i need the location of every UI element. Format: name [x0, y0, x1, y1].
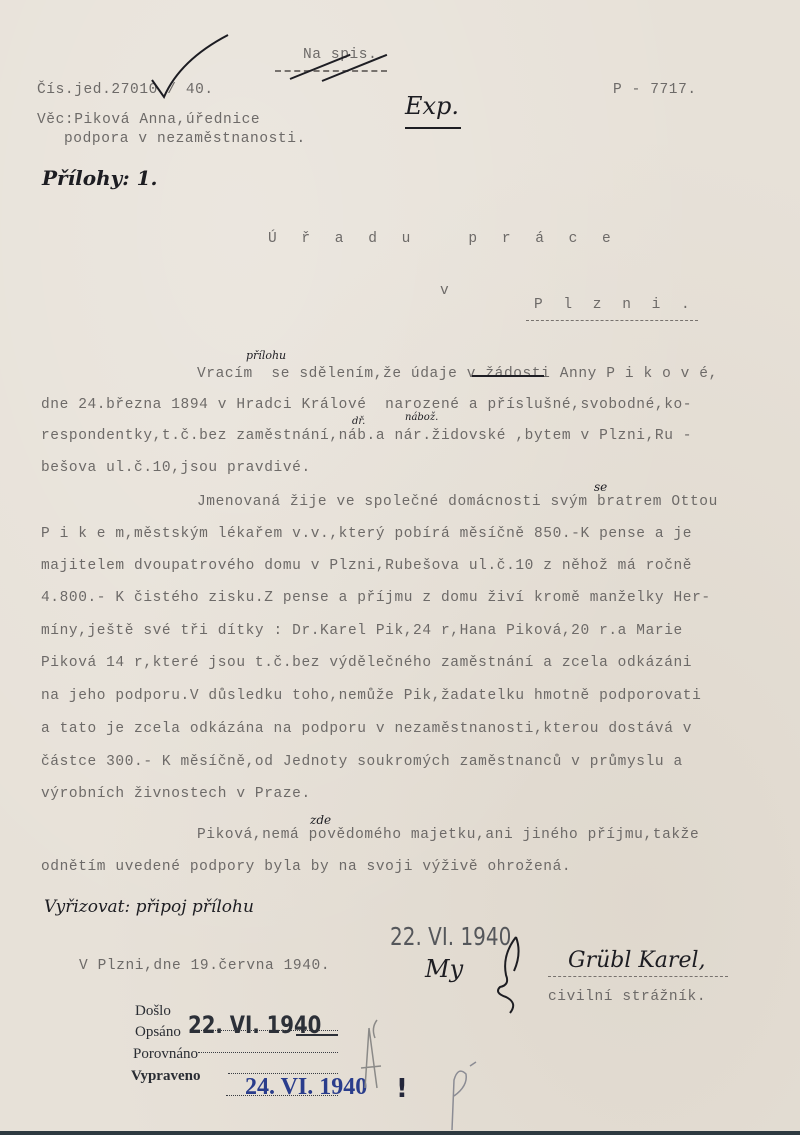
insertion-priloha: přílohu [246, 349, 286, 362]
subject-line-2: podpora v nezaměstnanosti. [64, 131, 306, 147]
handwritten-instruction: Vyřizovat: připoj přílohu [44, 897, 254, 917]
attachments-note: Přílohy: 1. [42, 166, 158, 190]
p3-line-2: odnětím uvedené podpory byla by na svoji… [41, 859, 571, 875]
na-spis-label: Na spis. [303, 47, 377, 63]
stamp-label-doslo: Došlo [135, 1003, 171, 1020]
addressee-line-1: Ú ř a d u p r á c e [268, 231, 619, 247]
insertion-naboz: nábož. [405, 412, 438, 423]
insertion-dr: dř. [352, 416, 365, 427]
stamp-label-vypraveno: Vypraveno [131, 1068, 200, 1085]
p1-line-3: respondentky,t.č.bez zaměstnání,náb.a ná… [41, 428, 692, 444]
signature-line [548, 976, 728, 977]
checkmark-icon [150, 35, 230, 115]
p3-line-1: Piková,nemá povědomého majetku,ani jinéh… [197, 827, 699, 843]
addressee-line-3: P l z n i . [534, 297, 696, 313]
p2-line-3: majitelem dvoupatrového domu v Plzni,Rub… [41, 558, 692, 574]
p2-line-7: na jeho podporu.V důsledku toho,nemůže P… [41, 688, 701, 704]
doslo-stamp-dash [296, 1034, 338, 1036]
insertion-zde: zde [310, 813, 331, 827]
na-spis-underline [275, 70, 387, 72]
p2-line-9: částce 300.- K měsíčně,od Jednoty soukro… [41, 754, 683, 770]
stamp-line-opsano [198, 1052, 338, 1053]
p2-line-1: Jmenovaná žije ve společné domácnosti sv… [197, 494, 718, 510]
addressee-underline [526, 320, 698, 321]
p2-line-2: P i k e m,městským lékařem v.v.,který po… [41, 526, 692, 542]
vypraveno-date-stamp: 24. VI. 1940 [245, 1074, 367, 1101]
stamp-label-opsano: Opsáno [135, 1024, 181, 1041]
exp-underline [405, 127, 461, 129]
stamp-label-porovnano: Porovnáno [133, 1046, 198, 1063]
stamp-exclamation: ! [396, 1074, 408, 1104]
p2-line-5: míny,ještě své tři dítky : Dr.Karel Pik,… [41, 623, 683, 639]
signature-flourish-icon [488, 935, 533, 1015]
file-code: P - 7717. [613, 82, 697, 98]
addressee-line-2: v [440, 283, 449, 299]
initials: My [425, 955, 463, 983]
p1-line-4: bešova ul.č.10,jsou pravdivé. [41, 460, 311, 476]
p1-line-1: Vracím se sdělením,že údaje v žádosti An… [197, 366, 718, 382]
signatory-title: civilní strážník. [548, 989, 706, 1005]
signature: Grübl Karel, [568, 948, 706, 973]
pencil-initial-icon [440, 1060, 480, 1135]
p2-line-4: 4.800.- K čistého zisku.Z pense a příjmu… [41, 590, 711, 606]
subject-line-1: Věc:Piková Anna,úřednice [37, 112, 260, 128]
page-bottom-edge [0, 1131, 800, 1135]
p2-line-10: výrobních živnostech v Praze. [41, 786, 311, 802]
p2-line-8: a tato je zcela odkázána na podporu v ne… [41, 721, 692, 737]
p2-line-6: Piková 14 r,které jsou t.č.bez výdělečné… [41, 655, 692, 671]
p1-line-2: dne 24.března 1894 v Hradci Králové naro… [41, 397, 692, 413]
insertion-se: se [594, 480, 607, 494]
strike-v-zadosti [472, 375, 544, 377]
pencil-mark-icon [355, 1018, 385, 1108]
place-date: V Plzni,dne 19.června 1940. [79, 958, 330, 974]
handwritten-exp-mark: Exp. [405, 92, 459, 120]
